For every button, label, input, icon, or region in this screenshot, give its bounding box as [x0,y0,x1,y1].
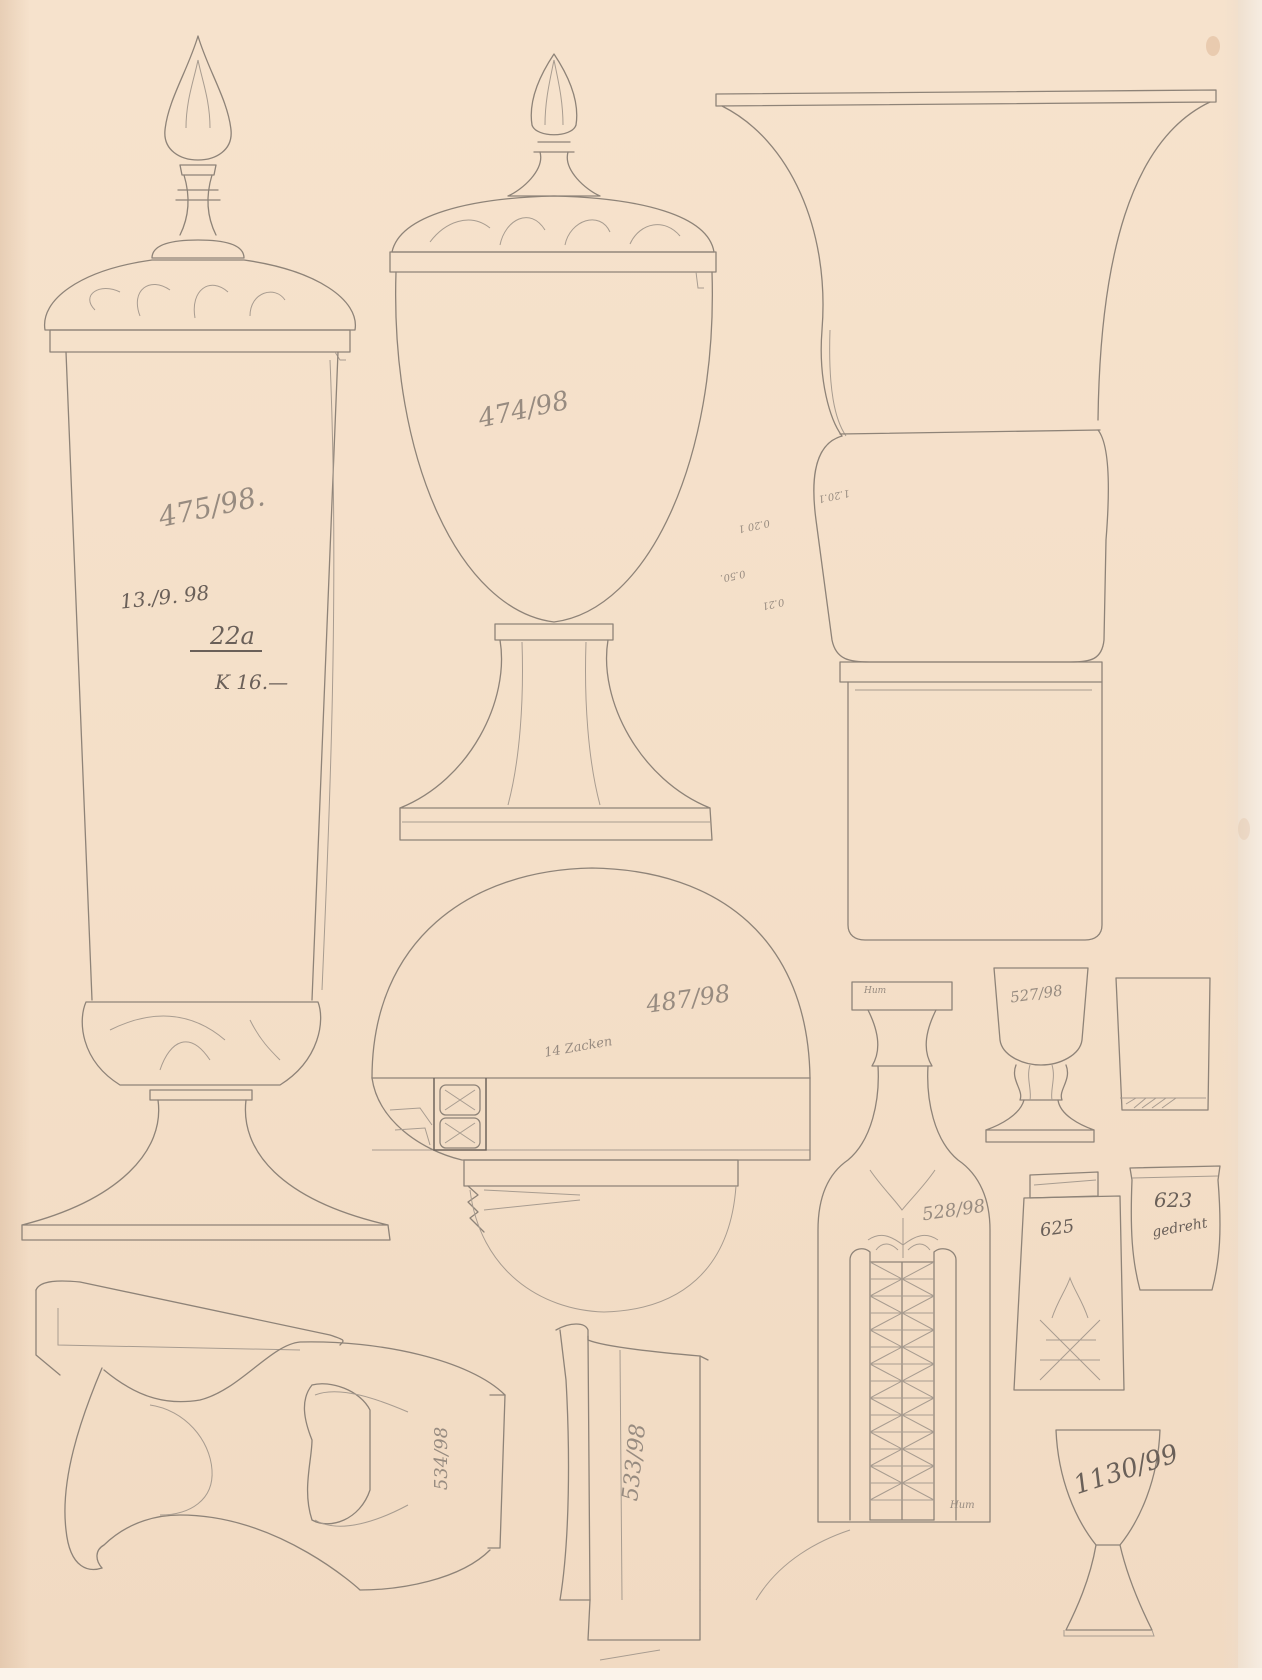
bowl-section-drawing [372,868,810,1312]
label-623: 623 [1154,1188,1192,1212]
covered-urn-drawing [390,54,716,840]
code-note: 22a [210,622,255,650]
code-underline [190,650,262,652]
signature: Hum [950,1500,975,1511]
trumpet-vase-drawing [716,90,1216,940]
hatched-tumbler-drawing [1116,978,1210,1110]
price-note: K 16.— [215,670,288,694]
tall-covered-goblet-drawing [22,36,390,1240]
signature: Hum [864,986,886,996]
beaker-625-drawing [1014,1172,1124,1390]
label-534-98: 534/98 [431,1427,452,1490]
decanter-drawing [818,982,990,1522]
